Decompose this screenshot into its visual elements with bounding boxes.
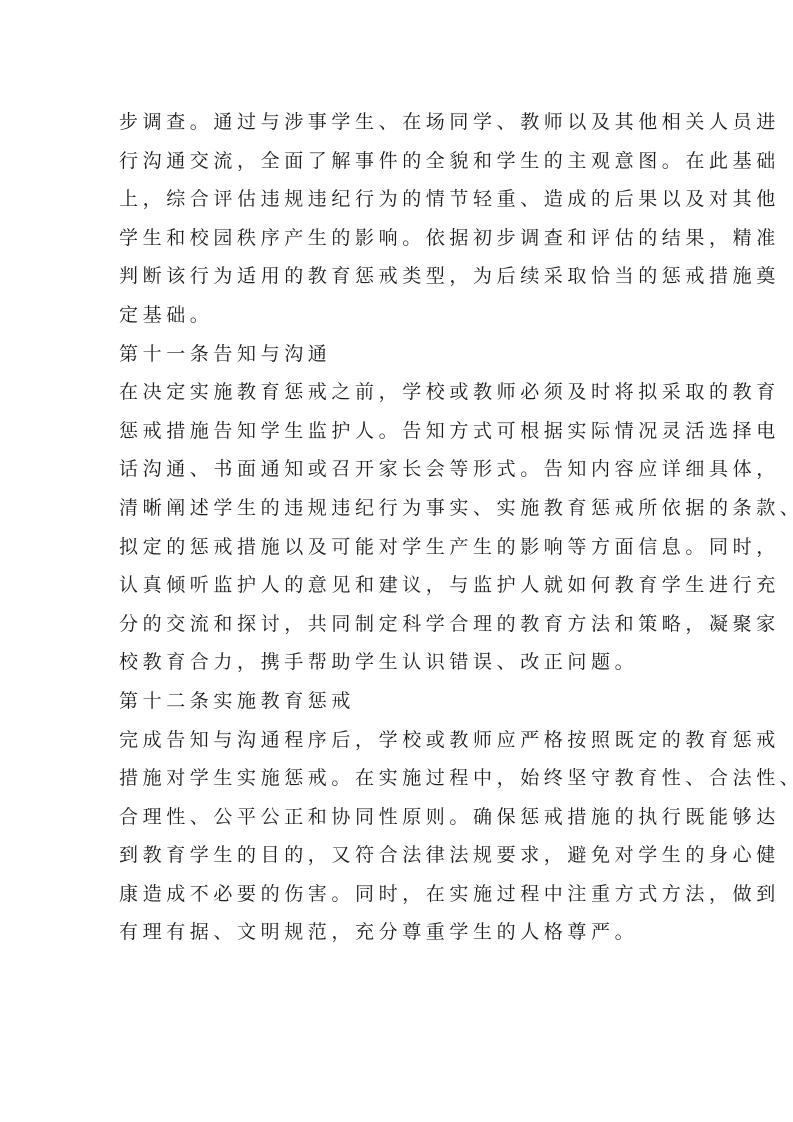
document-page: 步调查。通过与涉事学生、在场同学、教师以及其他相关人员进 行沟通交流，全面了解事… xyxy=(119,103,679,952)
paragraph-line: 上，综合评估违规违纪行为的情节轻重、造成的后果以及对其他 xyxy=(119,180,679,219)
paragraph-line: 步调查。通过与涉事学生、在场同学、教师以及其他相关人员进 xyxy=(119,103,679,142)
paragraph-line: 判断该行为适用的教育惩戒类型，为后续采取恰当的惩戒措施奠 xyxy=(119,257,679,296)
paragraph-line: 定基础。 xyxy=(119,296,679,335)
paragraph-line: 分的交流和探讨，共同制定科学合理的教育方法和策略，凝聚家 xyxy=(119,605,679,644)
section-heading: 第十一条告知与沟通 xyxy=(119,335,679,374)
paragraph-line: 清晰阐述学生的违规违纪行为事实、实施教育惩戒所依据的条款、 xyxy=(119,489,679,528)
paragraph-line: 在决定实施教育惩戒之前，学校或教师必须及时将拟采取的教育 xyxy=(119,373,679,412)
paragraph-line: 学生和校园秩序产生的影响。依据初步调查和评估的结果，精准 xyxy=(119,219,679,258)
paragraph-line: 完成告知与沟通程序后，学校或教师应严格按照既定的教育惩戒 xyxy=(119,721,679,760)
paragraph-line: 有理有据、文明规范，充分尊重学生的人格尊严。 xyxy=(119,913,679,952)
paragraph-line: 康造成不必要的伤害。同时，在实施过程中注重方式方法，做到 xyxy=(119,875,679,914)
paragraph-line: 话沟通、书面通知或召开家长会等形式。告知内容应详细具体， xyxy=(119,450,679,489)
paragraph-line: 惩戒措施告知学生监护人。告知方式可根据实际情况灵活选择电 xyxy=(119,412,679,451)
paragraph-line: 合理性、公平公正和协同性原则。确保惩戒措施的执行既能够达 xyxy=(119,798,679,837)
paragraph-line: 行沟通交流，全面了解事件的全貌和学生的主观意图。在此基础 xyxy=(119,142,679,181)
paragraph-line: 拟定的惩戒措施以及可能对学生产生的影响等方面信息。同时， xyxy=(119,528,679,567)
paragraph-line: 措施对学生实施惩戒。在实施过程中，始终坚守教育性、合法性、 xyxy=(119,759,679,798)
paragraph-line: 校教育合力，携手帮助学生认识错误、改正问题。 xyxy=(119,643,679,682)
paragraph-line: 到教育学生的目的，又符合法律法规要求，避免对学生的身心健 xyxy=(119,836,679,875)
paragraph-line: 认真倾听监护人的意见和建议，与监护人就如何教育学生进行充 xyxy=(119,566,679,605)
section-heading: 第十二条实施教育惩戒 xyxy=(119,682,679,721)
